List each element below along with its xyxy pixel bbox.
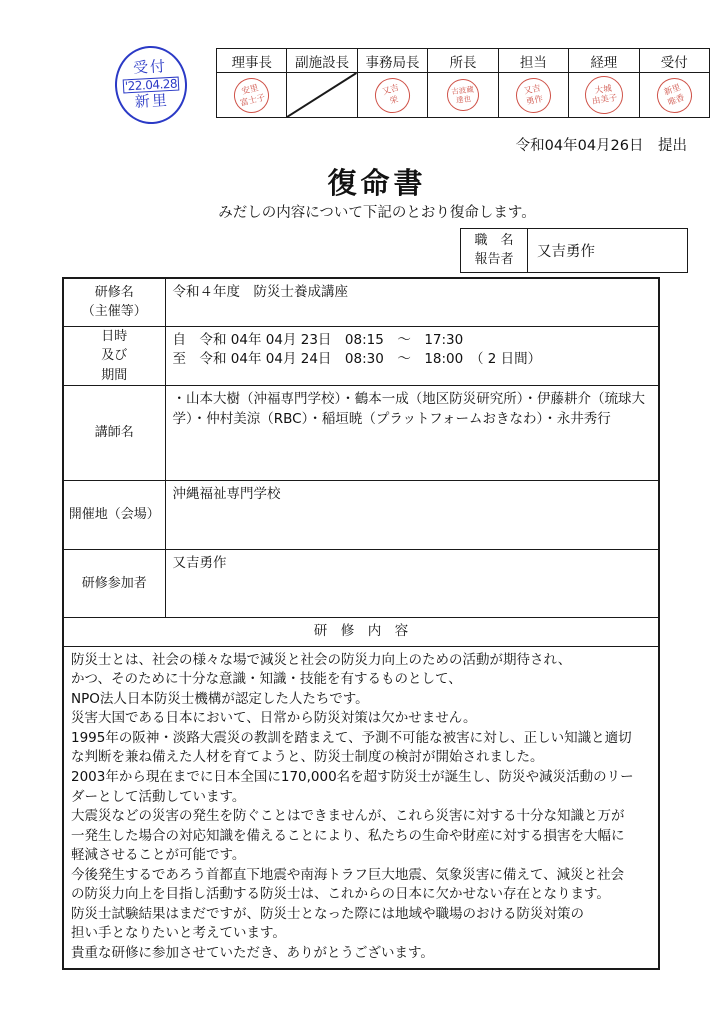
name-seal-stamp: 大城 由美子 — [582, 74, 625, 117]
approval-stamp-cell: 又吉 勇作 — [498, 73, 568, 118]
reception-stamp-name: 新里 — [134, 93, 169, 111]
page-subtitle: みだしの内容について下記のとおり復命します。 — [30, 201, 724, 222]
name-seal-stamp: 新里 唯香 — [652, 73, 697, 118]
reporter-label: 職 名 報告者 — [461, 229, 528, 273]
reception-stamp: 受付 '22.04.28 新里 — [113, 44, 189, 126]
reporter-name: 又吉勇作 — [528, 229, 688, 273]
row-value-training-name: 令和４年度 防災士養成講座 — [165, 278, 659, 326]
approval-role-tanto: 担当 — [498, 49, 568, 73]
row-label-lecturers: 講師名 — [63, 386, 165, 481]
row-value-participant: 又吉勇作 — [165, 550, 659, 618]
row-value-datetime-period: 自 令和 04年 04月 23日 08:15 ～ 17:30 至 令和 04年 … — [165, 326, 659, 386]
table-row: 研修名 （主催等） 令和４年度 防災士養成講座 — [63, 278, 659, 326]
training-content-body: 防災士とは、社会の様々な場で減災と社会の防災力向上のための活動が期待され、 かつ… — [63, 646, 659, 969]
approval-role-fukushisetsucho: 副施設長 — [287, 49, 357, 73]
approval-role-rijicho: 理事長 — [217, 49, 287, 73]
approval-header-row: 理事長 副施設長 事務局長 所長 担当 経理 受付 — [217, 49, 710, 73]
approval-role-uketsuke: 受付 — [639, 49, 709, 73]
document-page: 受付 '22.04.28 新里 理事長 副施設長 事務局長 所長 担当 経理 受… — [0, 0, 724, 1024]
table-row: 講師名 ・山本大樹（沖福専門学校）・鶴本一成（地区防災研究所）・伊藤耕介（琉球大… — [63, 386, 659, 481]
row-label-datetime-period: 日時 及び 期間 — [63, 326, 165, 386]
row-label-participant: 研修参加者 — [63, 550, 165, 618]
reception-stamp-title: 受付 — [133, 60, 168, 78]
name-seal-stamp: 安里 富士子 — [230, 74, 272, 116]
approval-stamp-cell: 大城 由美子 — [569, 73, 639, 118]
name-seal-stamp: 又吉 栄 — [370, 73, 414, 117]
approval-stamp-cell: 安里 富士子 — [217, 73, 287, 118]
table-row: 防災士とは、社会の様々な場で減災と社会の防災力向上のための活動が期待され、 かつ… — [63, 646, 659, 969]
row-label-venue: 開催地（会場） — [63, 481, 165, 550]
approval-role-keiri: 経理 — [569, 49, 639, 73]
approval-stamp-cell: 新里 唯香 — [639, 73, 709, 118]
approval-role-jimukyokucho: 事務局長 — [357, 49, 427, 73]
reporter-box: 職 名 報告者 又吉勇作 — [460, 228, 688, 273]
table-row: 日時 及び 期間 自 令和 04年 04月 23日 08:15 ～ 17:30 … — [63, 326, 659, 386]
name-seal-stamp: 古波蔵 達也 — [445, 77, 480, 112]
row-label-training-name: 研修名 （主催等） — [63, 278, 165, 326]
content-section-header: 研 修 内 容 — [63, 618, 659, 647]
table-row: 開催地（会場） 沖縄福祉専門学校 — [63, 481, 659, 550]
submission-date: 令和04年04月26日 提出 — [0, 134, 687, 155]
page-title: 復命書 — [30, 161, 724, 202]
report-table: 研修名 （主催等） 令和４年度 防災士養成講座 日時 及び 期間 自 令和 04… — [62, 277, 660, 970]
approval-stamp-cell-empty — [287, 73, 357, 118]
slash-mark-icon — [287, 73, 356, 117]
row-value-venue: 沖縄福祉専門学校 — [165, 481, 659, 550]
approval-table: 理事長 副施設長 事務局長 所長 担当 経理 受付 安里 富士子 又吉 栄 古波… — [216, 48, 710, 118]
approval-role-shocho: 所長 — [428, 49, 498, 73]
approval-stamp-cell: 又吉 栄 — [357, 73, 427, 118]
table-row: 研 修 内 容 — [63, 618, 659, 647]
approval-stamp-cell: 古波蔵 達也 — [428, 73, 498, 118]
name-seal-stamp: 又吉 勇作 — [513, 74, 555, 116]
table-row: 研修参加者 又吉勇作 — [63, 550, 659, 618]
row-value-lecturers: ・山本大樹（沖福専門学校）・鶴本一成（地区防災研究所）・伊藤耕介（琉球大学）・仲… — [165, 386, 659, 481]
approval-stamp-row: 安里 富士子 又吉 栄 古波蔵 達也 又吉 勇作 大城 由美子 新里 唯香 — [217, 73, 710, 118]
